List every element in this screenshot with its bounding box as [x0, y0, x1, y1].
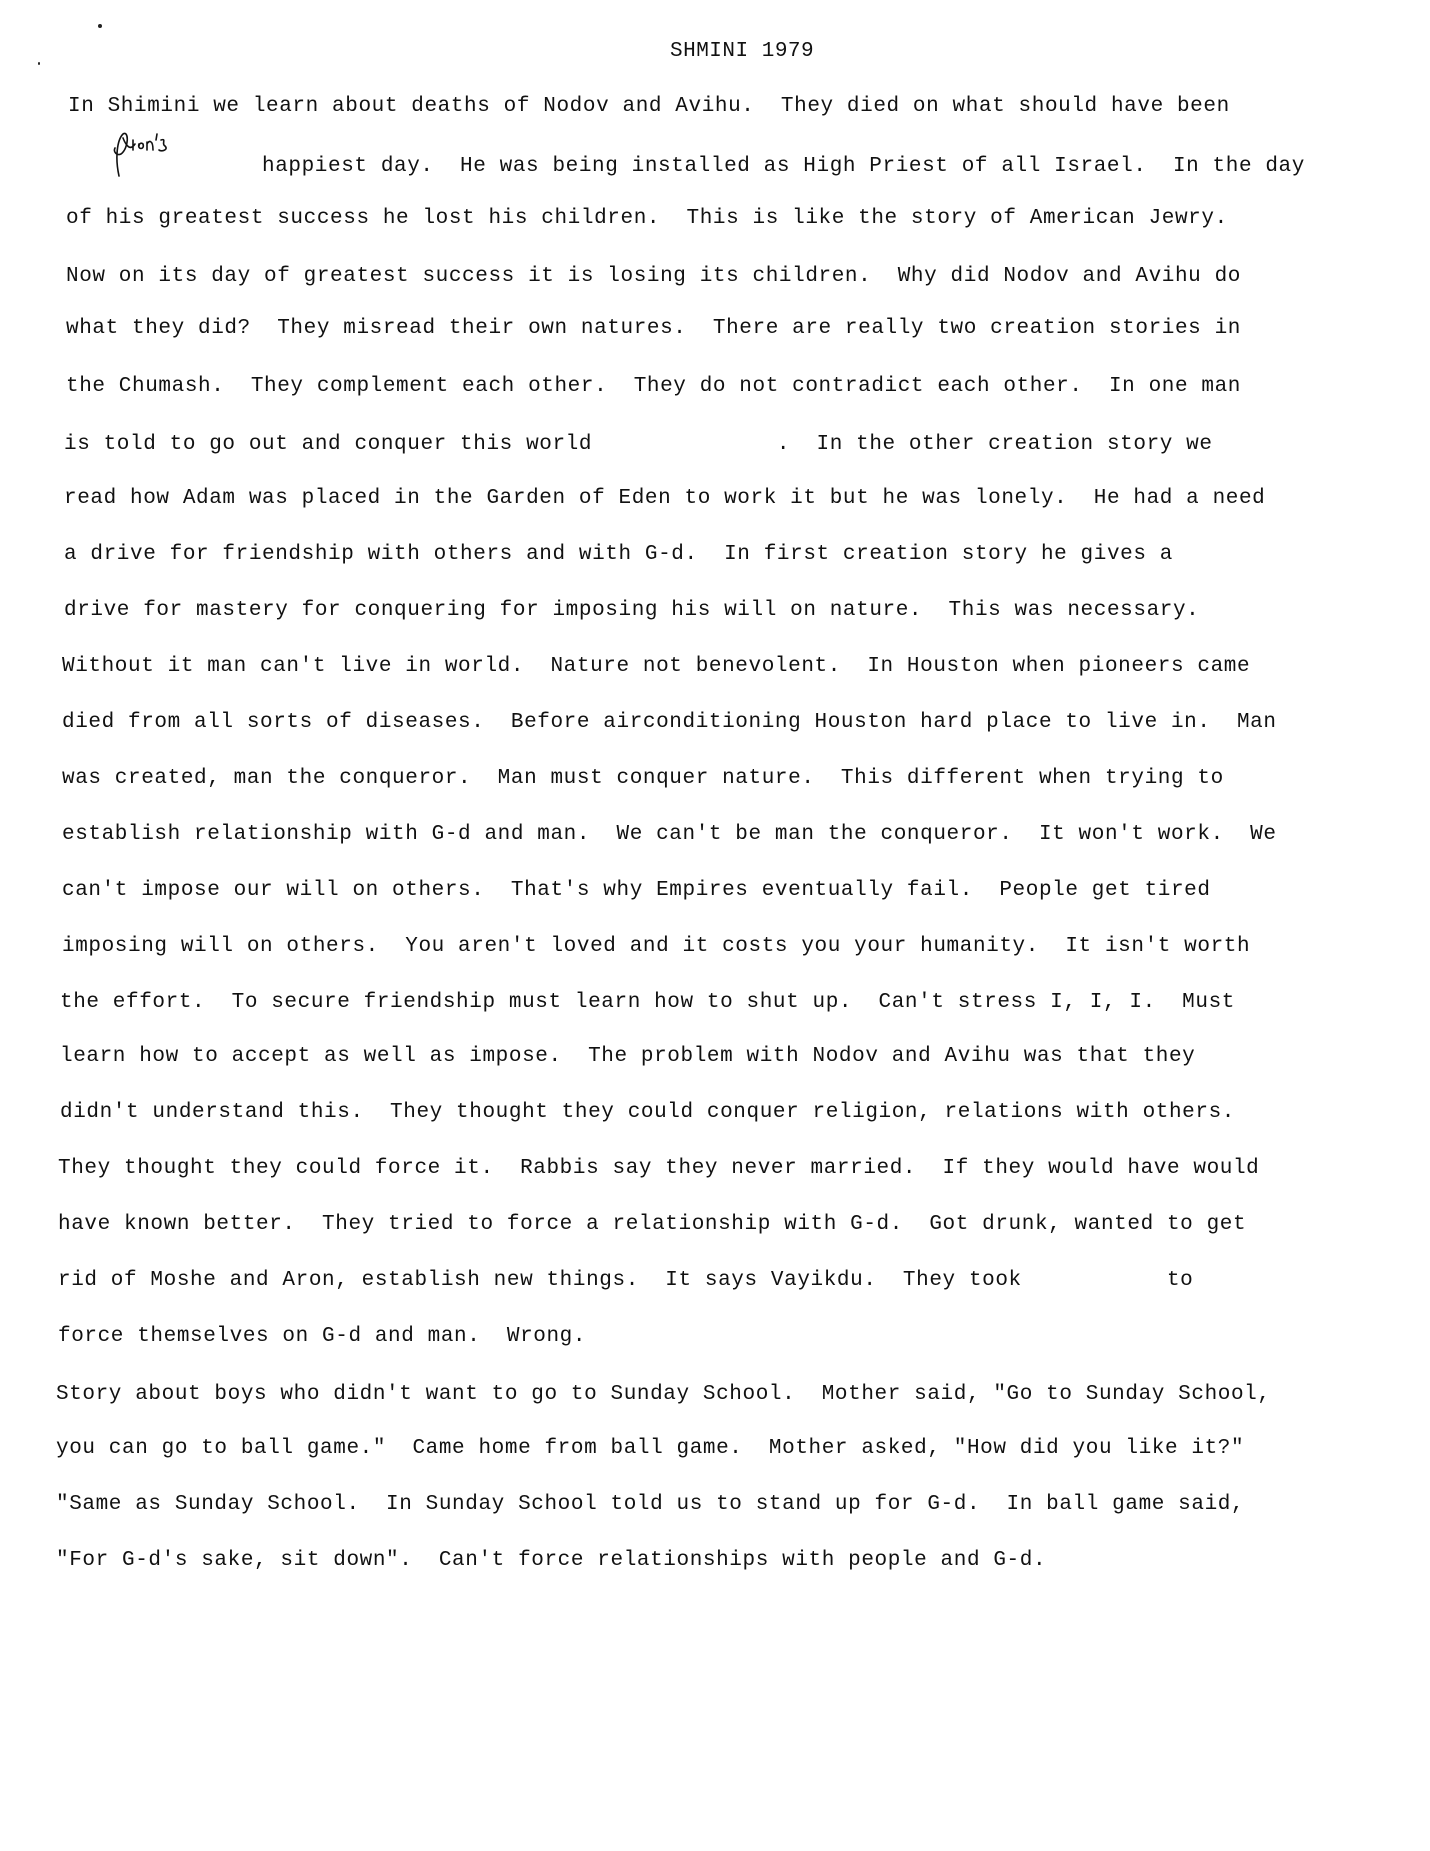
text-line: Story about boys who didn't want to go t… [56, 1384, 1271, 1405]
scan-speck [38, 62, 40, 65]
text-line: died from all sorts of diseases. Before … [62, 712, 1277, 733]
text-line: Now on its day of greatest success it is… [66, 266, 1241, 287]
text-line: learn how to accept as well as impose. T… [60, 1046, 1195, 1067]
text-line: They thought they could force it. Rabbis… [58, 1158, 1259, 1179]
text-line: the effort. To secure friendship must le… [60, 992, 1235, 1013]
text-line: the Chumash. They complement each other.… [66, 376, 1241, 397]
text-line: Without it man can't live in world. Natu… [62, 656, 1250, 677]
text-line: rid of Moshe and Aron, establish new thi… [58, 1270, 1193, 1291]
handwriting-icon [105, 128, 175, 184]
text-line: happiest day. He was being installed as … [262, 156, 1305, 177]
text-line: force themselves on G-d and man. Wrong. [58, 1326, 586, 1347]
text-line: didn't understand this. They thought the… [60, 1102, 1235, 1123]
text-line: In Shimini we learn about deaths of Nodo… [68, 96, 1230, 117]
text-line: of his greatest success he lost his chil… [66, 208, 1228, 229]
text-line: can't impose our will on others. That's … [62, 880, 1211, 901]
text-line: imposing will on others. You aren't love… [62, 936, 1250, 957]
text-line: "Same as Sunday School. In Sunday School… [56, 1494, 1244, 1515]
text-line: what they did? They misread their own na… [66, 318, 1241, 339]
text-line: "For G-d's sake, sit down". Can't force … [56, 1550, 1046, 1571]
text-line: read how Adam was placed in the Garden o… [64, 488, 1265, 509]
handwritten-annotation [105, 128, 175, 184]
document-title: SHMINI 1979 [670, 40, 814, 63]
text-line: drive for mastery for conquering for imp… [64, 600, 1199, 621]
text-line: was created, man the conqueror. Man must… [62, 768, 1224, 789]
scan-speck [98, 24, 102, 28]
text-line: a drive for friendship with others and w… [64, 544, 1173, 565]
text-line: you can go to ball game." Came home from… [56, 1438, 1244, 1459]
document-page: SHMINI 1979 In Shimini we learn about de… [0, 0, 1430, 1851]
text-line: have known better. They tried to force a… [58, 1214, 1246, 1235]
text-line: establish relationship with G-d and man.… [62, 824, 1277, 845]
text-line: is told to go out and conquer this world… [64, 434, 1213, 455]
